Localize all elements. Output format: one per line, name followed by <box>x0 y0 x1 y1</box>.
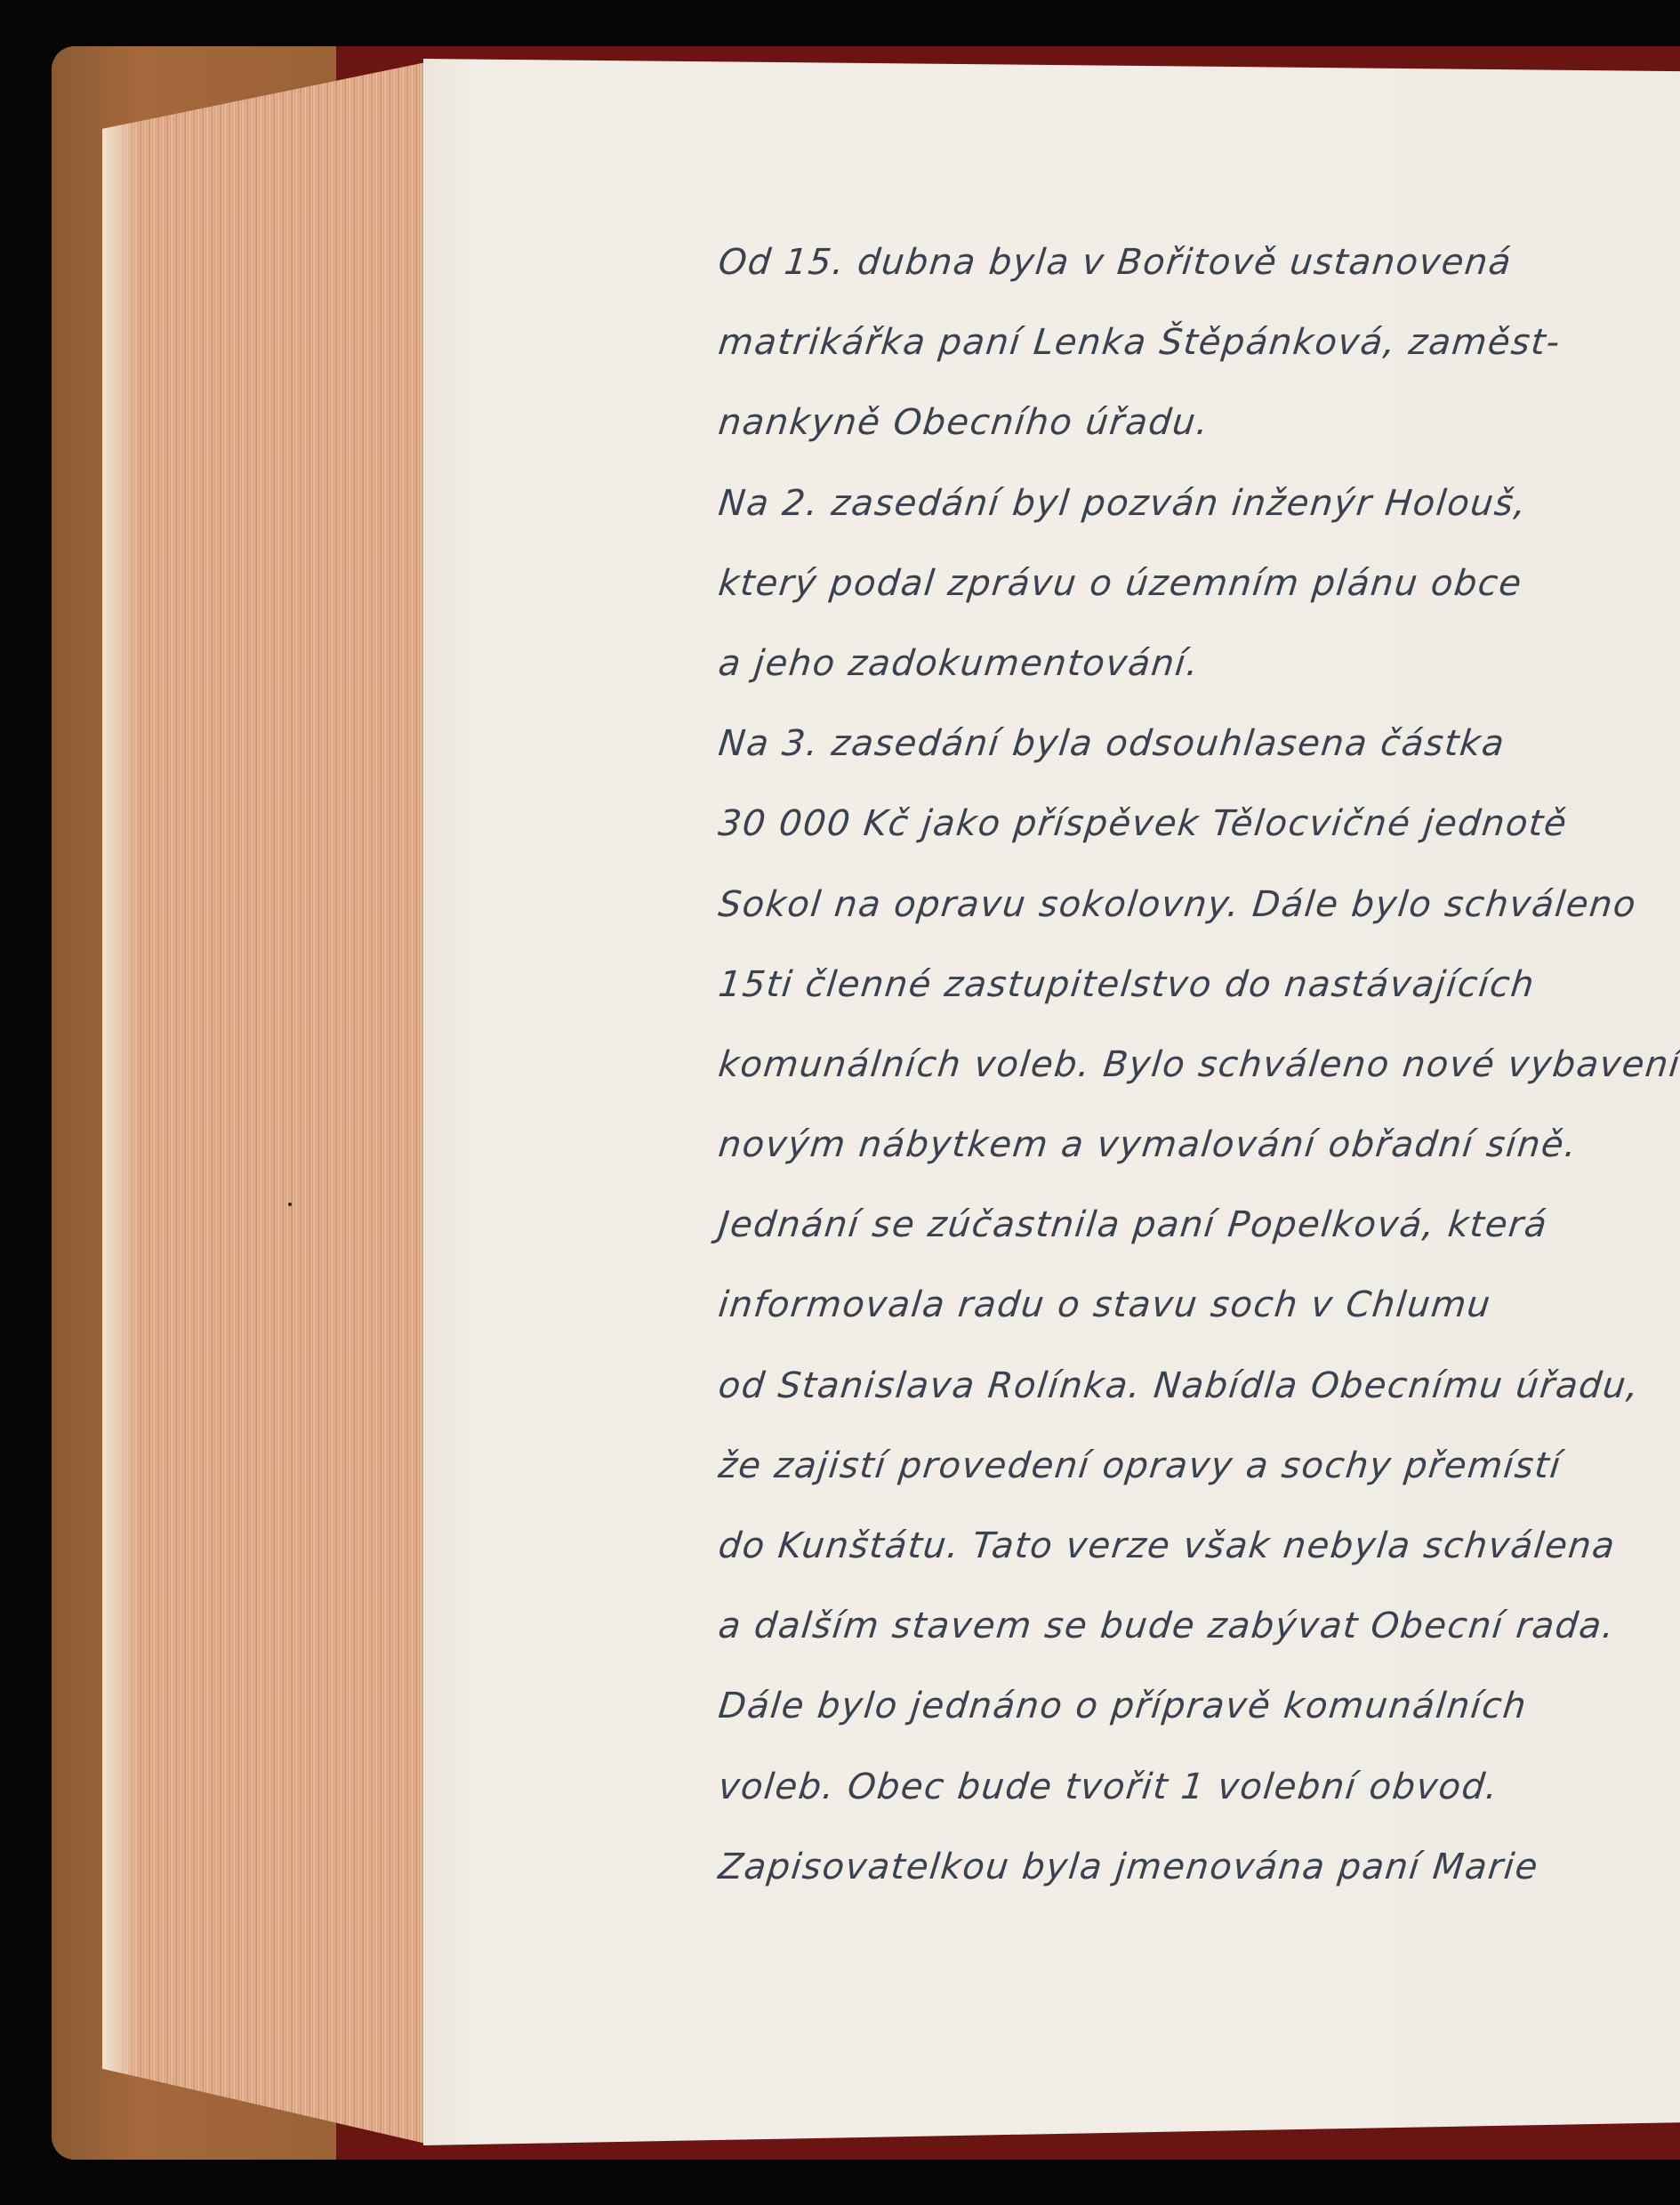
text-line: Zapisovatelkou byla jmenována paní Marie <box>714 1827 1629 1907</box>
text-line: novým nábytkem a vymalování obřadní síně… <box>714 1105 1629 1185</box>
text-line: že zajistí provedení opravy a sochy přem… <box>714 1426 1629 1506</box>
handwritten-text-block: Od 15. dubna byla v Bořitově ustanovená … <box>719 222 1626 1907</box>
text-line: který podal zprávu o územním plánu obce <box>714 543 1629 624</box>
text-line: od Stanislava Rolínka. Nabídla Obecnímu … <box>714 1346 1629 1426</box>
text-line: do Kunštátu. Tato verze však nebyla schv… <box>714 1506 1629 1586</box>
text-line: komunálních voleb. Bylo schváleno nové v… <box>714 1025 1629 1105</box>
text-line: 15ti členné zastupitelstvo do nastávajíc… <box>714 945 1629 1025</box>
text-line: informovala radu o stavu soch v Chlumu <box>714 1265 1629 1345</box>
text-line: 30 000 Kč jako příspěvek Tělocvičné jedn… <box>714 784 1629 864</box>
paper-speck <box>288 1203 292 1206</box>
text-line: a dalším stavem se bude zabývat Obecní r… <box>714 1586 1629 1666</box>
text-line: a jeho zadokumentování. <box>714 624 1629 704</box>
text-line: Dále bylo jednáno o přípravě komunálních <box>714 1666 1629 1746</box>
text-line: matrikářka paní Lenka Štěpánková, zaměst… <box>714 302 1629 382</box>
text-line: Na 2. zasedání byl pozván inženýr Holouš… <box>714 463 1629 543</box>
page-stack-edge <box>102 62 426 2144</box>
text-line: Od 15. dubna byla v Bořitově ustanovená <box>714 222 1629 302</box>
text-line: Sokol na opravu sokolovny. Dále bylo sch… <box>714 865 1629 945</box>
text-line: Na 3. zasedání byla odsouhlasena částka <box>714 704 1629 784</box>
text-line: Jednání se zúčastnila paní Popelková, kt… <box>714 1185 1629 1265</box>
text-line: nankyně Obecního úřadu. <box>714 382 1629 463</box>
text-line: voleb. Obec bude tvořit 1 volební obvod. <box>714 1747 1629 1827</box>
